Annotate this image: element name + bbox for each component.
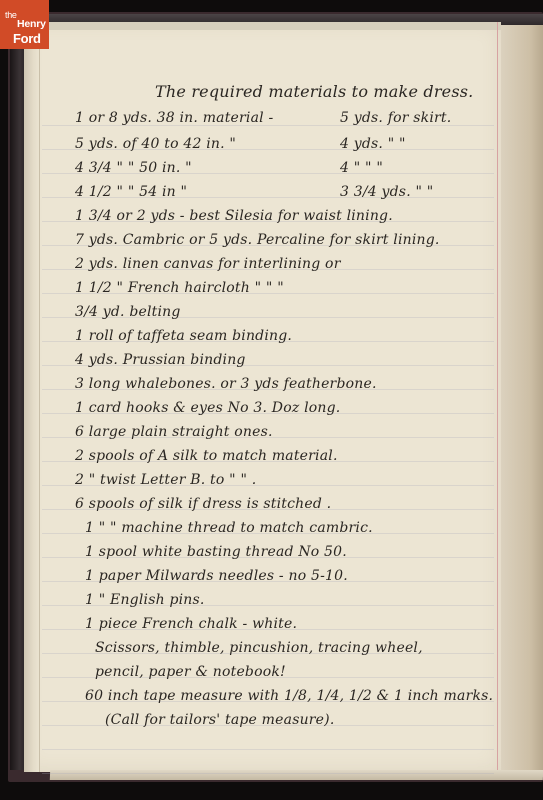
henry-ford-logo: the Henry Ford bbox=[0, 0, 49, 49]
line-14: 6 large plain straight ones. bbox=[75, 424, 273, 440]
line-17: 6 spools of silk if dress is stitched . bbox=[75, 496, 331, 512]
logo-henry: Henry bbox=[17, 19, 46, 30]
page-gutter bbox=[24, 22, 40, 772]
line-4-right: 3 3/4 yds. " " bbox=[340, 184, 433, 200]
line-20: 1 paper Milwards needles - no 5-10. bbox=[85, 568, 348, 584]
line-8: 1 1/2 " French haircloth " " " bbox=[75, 280, 284, 296]
ruled-line bbox=[42, 773, 494, 774]
margin-line bbox=[497, 22, 498, 772]
line-12: 3 long whalebones. or 3 yds featherbone. bbox=[75, 376, 377, 392]
line-10: 1 roll of taffeta seam binding. bbox=[75, 328, 292, 344]
line-7: 2 yds. linen canvas for interlining or bbox=[75, 256, 341, 272]
line-23: Scissors, thimble, pincushion, tracing w… bbox=[95, 640, 423, 656]
line-2-left: 5 yds. of 40 to 42 in. " bbox=[75, 136, 236, 152]
page-top-strip bbox=[24, 22, 501, 30]
line-25: 60 inch tape measure with 1/8, 1/4, 1/2 … bbox=[85, 688, 493, 704]
line-13: 1 card hooks & eyes No 3. Doz long. bbox=[75, 400, 340, 416]
line-11: 4 yds. Prussian binding bbox=[75, 352, 246, 368]
line-15: 2 spools of A silk to match material. bbox=[75, 448, 338, 464]
page-stack-edge bbox=[500, 25, 543, 777]
page-bottom-edge bbox=[50, 770, 543, 780]
line-26: (Call for tailors' tape measure). bbox=[105, 712, 334, 728]
ruled-line bbox=[42, 749, 494, 750]
notebook-page bbox=[24, 22, 501, 772]
line-6: 7 yds. Cambric or 5 yds. Percaline for s… bbox=[75, 232, 440, 248]
line-18: 1 " " machine thread to match cambric. bbox=[85, 520, 373, 536]
line-21: 1 " English pins. bbox=[85, 592, 205, 608]
line-19: 1 spool white basting thread No 50. bbox=[85, 544, 347, 560]
line-9: 3/4 yd. belting bbox=[75, 304, 181, 320]
line-1-right: 5 yds. for skirt. bbox=[340, 110, 451, 126]
line-1-left: 1 or 8 yds. 38 in. material - bbox=[75, 110, 273, 126]
gutter-line bbox=[39, 22, 40, 772]
line-16: 2 " twist Letter B. to " " . bbox=[75, 472, 256, 488]
line-2-right: 4 yds. " " bbox=[340, 136, 406, 152]
logo-ford: Ford bbox=[13, 32, 41, 45]
logo-the: the bbox=[5, 11, 17, 20]
page-title: The required materials to make dress. bbox=[155, 82, 473, 101]
line-4-left: 4 1/2 " " 54 in " bbox=[75, 184, 187, 200]
line-3-right: 4 " " " bbox=[340, 160, 383, 176]
line-5: 1 3/4 or 2 yds - best Silesia for waist … bbox=[75, 208, 393, 224]
line-3-left: 4 3/4 " " 50 in. " bbox=[75, 160, 192, 176]
line-24: pencil, paper & notebook! bbox=[95, 664, 286, 680]
line-22: 1 piece French chalk - white. bbox=[85, 616, 297, 632]
